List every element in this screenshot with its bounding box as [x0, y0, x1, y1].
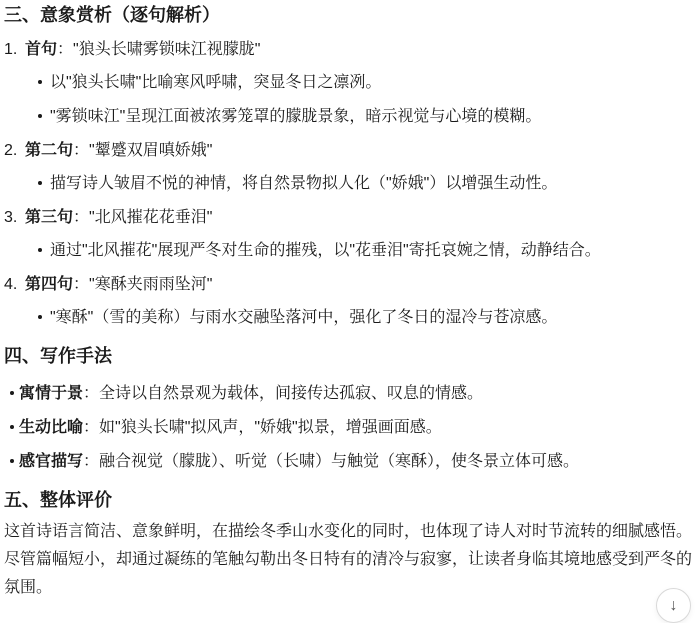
bullet-icon [10, 459, 14, 463]
section-four-heading: 四、写作手法 [4, 345, 693, 368]
list-item-text: 第三句："北风摧花花垂泪" [25, 207, 212, 228]
sub-bullet-list: 通过"北风摧花"展现严冬对生命的摧残，以"花垂泪"寄托哀婉之情，动静结合。 [4, 240, 693, 261]
item-quote: ："寒酥夹雨雨坠河" [73, 276, 212, 293]
technique-text: ：如"狼头长啸"拟风声，"娇娥"拟景，增强画面感。 [83, 419, 442, 436]
item-quote: ："颦蹙双眉嗔娇娥" [73, 142, 212, 159]
list-item-second-sentence: 2. 第二句："颦蹙双眉嗔娇娥" 描写诗人皱眉不悦的神情，将自然景物拟人化（"娇… [4, 140, 693, 194]
bullet-item: 以"狼头长啸"比喻寒风呼啸，突显冬日之凛冽。 [38, 72, 693, 93]
list-item-text: 第四句："寒酥夹雨雨坠河" [25, 274, 212, 295]
overall-evaluation-paragraph: 这首诗语言简洁、意象鲜明，在描绘冬季山水变化的同时，也体现了诗人对时节流转的细腻… [4, 518, 693, 602]
item-label: 第三句 [25, 209, 73, 226]
list-number: 2. [4, 140, 25, 161]
section-five-heading: 五、整体评价 [4, 489, 693, 512]
bullet-text: 寓情于景：全诗以自然景观为载体，间接传达孤寂、叹息的情感。 [19, 383, 483, 404]
sub-bullet-list: "寒酥"（雪的美称）与雨水交融坠落河中，强化了冬日的湿冷与苍凉感。 [4, 307, 693, 328]
list-item-first-sentence: 1. 首句："狼头长啸雾锁味江视朦胧" 以"狼头长啸"比喻寒风呼啸，突显冬日之凛… [4, 39, 693, 127]
bullet-icon [38, 315, 42, 319]
bullet-icon [38, 248, 42, 252]
bullet-item: 感官描写：融合视觉（朦胧）、听觉（长啸）与触觉（寒酥），使冬景立体可感。 [10, 451, 693, 472]
list-item-text: 首句："狼头长啸雾锁味江视朦胧" [25, 39, 260, 60]
technique-label: 寓情于景 [19, 385, 83, 402]
technique-text: ：融合视觉（朦胧）、听觉（长啸）与触觉（寒酥），使冬景立体可感。 [83, 453, 579, 470]
analysis-document: 三、意象赏析（逐句解析） 1. 首句："狼头长啸雾锁味江视朦胧" 以"狼头长啸"… [0, 0, 696, 602]
bullet-text: "寒酥"（雪的美称）与雨水交融坠落河中，强化了冬日的湿冷与苍凉感。 [50, 307, 557, 328]
list-number: 3. [4, 207, 25, 228]
bullet-item: 生动比喻：如"狼头长啸"拟风声，"娇娥"拟景，增强画面感。 [10, 417, 693, 438]
down-arrow-icon: ↓ [670, 598, 678, 607]
technique-text: ：全诗以自然景观为载体，间接传达孤寂、叹息的情感。 [83, 385, 483, 402]
section-three-heading: 三、意象赏析（逐句解析） [4, 4, 693, 27]
bullet-text: "雾锁味江"呈现江面被浓雾笼罩的朦胧景象，暗示视觉与心境的模糊。 [50, 106, 541, 127]
bullet-item: 描写诗人皱眉不悦的神情，将自然景物拟人化（"娇娥"）以增强生动性。 [38, 173, 693, 194]
bullet-icon [38, 181, 42, 185]
item-quote: ："狼头长啸雾锁味江视朦胧" [57, 41, 260, 58]
writing-technique-list: 寓情于景：全诗以自然景观为载体，间接传达孤寂、叹息的情感。 生动比喻：如"狼头长… [4, 383, 693, 472]
list-item-fourth-sentence: 4. 第四句："寒酥夹雨雨坠河" "寒酥"（雪的美称）与雨水交融坠落河中，强化了… [4, 274, 693, 328]
item-quote: ："北风摧花花垂泪" [73, 209, 212, 226]
list-number: 4. [4, 274, 25, 295]
technique-label: 感官描写 [19, 453, 83, 470]
item-label: 第四句 [25, 276, 73, 293]
bullet-text: 感官描写：融合视觉（朦胧）、听觉（长啸）与触觉（寒酥），使冬景立体可感。 [19, 451, 579, 472]
bullet-text: 生动比喻：如"狼头长啸"拟风声，"娇娥"拟景，增强画面感。 [19, 417, 442, 438]
list-number: 1. [4, 39, 25, 60]
bullet-item: 通过"北风摧花"展现严冬对生命的摧残，以"花垂泪"寄托哀婉之情，动静结合。 [38, 240, 693, 261]
bullet-item: 寓情于景：全诗以自然景观为载体，间接传达孤寂、叹息的情感。 [10, 383, 693, 404]
bullet-item: "寒酥"（雪的美称）与雨水交融坠落河中，强化了冬日的湿冷与苍凉感。 [38, 307, 693, 328]
sub-bullet-list: 描写诗人皱眉不悦的神情，将自然景物拟人化（"娇娥"）以增强生动性。 [4, 173, 693, 194]
sub-bullet-list: 以"狼头长啸"比喻寒风呼啸，突显冬日之凛冽。 "雾锁味江"呈现江面被浓雾笼罩的朦… [4, 72, 693, 127]
list-item-third-sentence: 3. 第三句："北风摧花花垂泪" 通过"北风摧花"展现严冬对生命的摧残，以"花垂… [4, 207, 693, 261]
bullet-icon [38, 80, 42, 84]
bullet-text: 以"狼头长啸"比喻寒风呼啸，突显冬日之凛冽。 [50, 72, 381, 93]
item-label: 首句 [25, 41, 57, 58]
bullet-item: "雾锁味江"呈现江面被浓雾笼罩的朦胧景象，暗示视觉与心境的模糊。 [38, 106, 693, 127]
technique-label: 生动比喻 [19, 419, 83, 436]
sentence-analysis-list: 1. 首句："狼头长啸雾锁味江视朦胧" 以"狼头长啸"比喻寒风呼啸，突显冬日之凛… [4, 39, 693, 328]
bullet-icon [38, 114, 42, 118]
list-item-text: 第二句："颦蹙双眉嗔娇娥" [25, 140, 212, 161]
bullet-text: 通过"北风摧花"展现严冬对生命的摧残，以"花垂泪"寄托哀婉之情，动静结合。 [50, 240, 601, 261]
bullet-icon [10, 425, 14, 429]
item-label: 第二句 [25, 142, 73, 159]
bullet-icon [10, 391, 14, 395]
bullet-text: 描写诗人皱眉不悦的神情，将自然景物拟人化（"娇娥"）以增强生动性。 [50, 173, 557, 194]
